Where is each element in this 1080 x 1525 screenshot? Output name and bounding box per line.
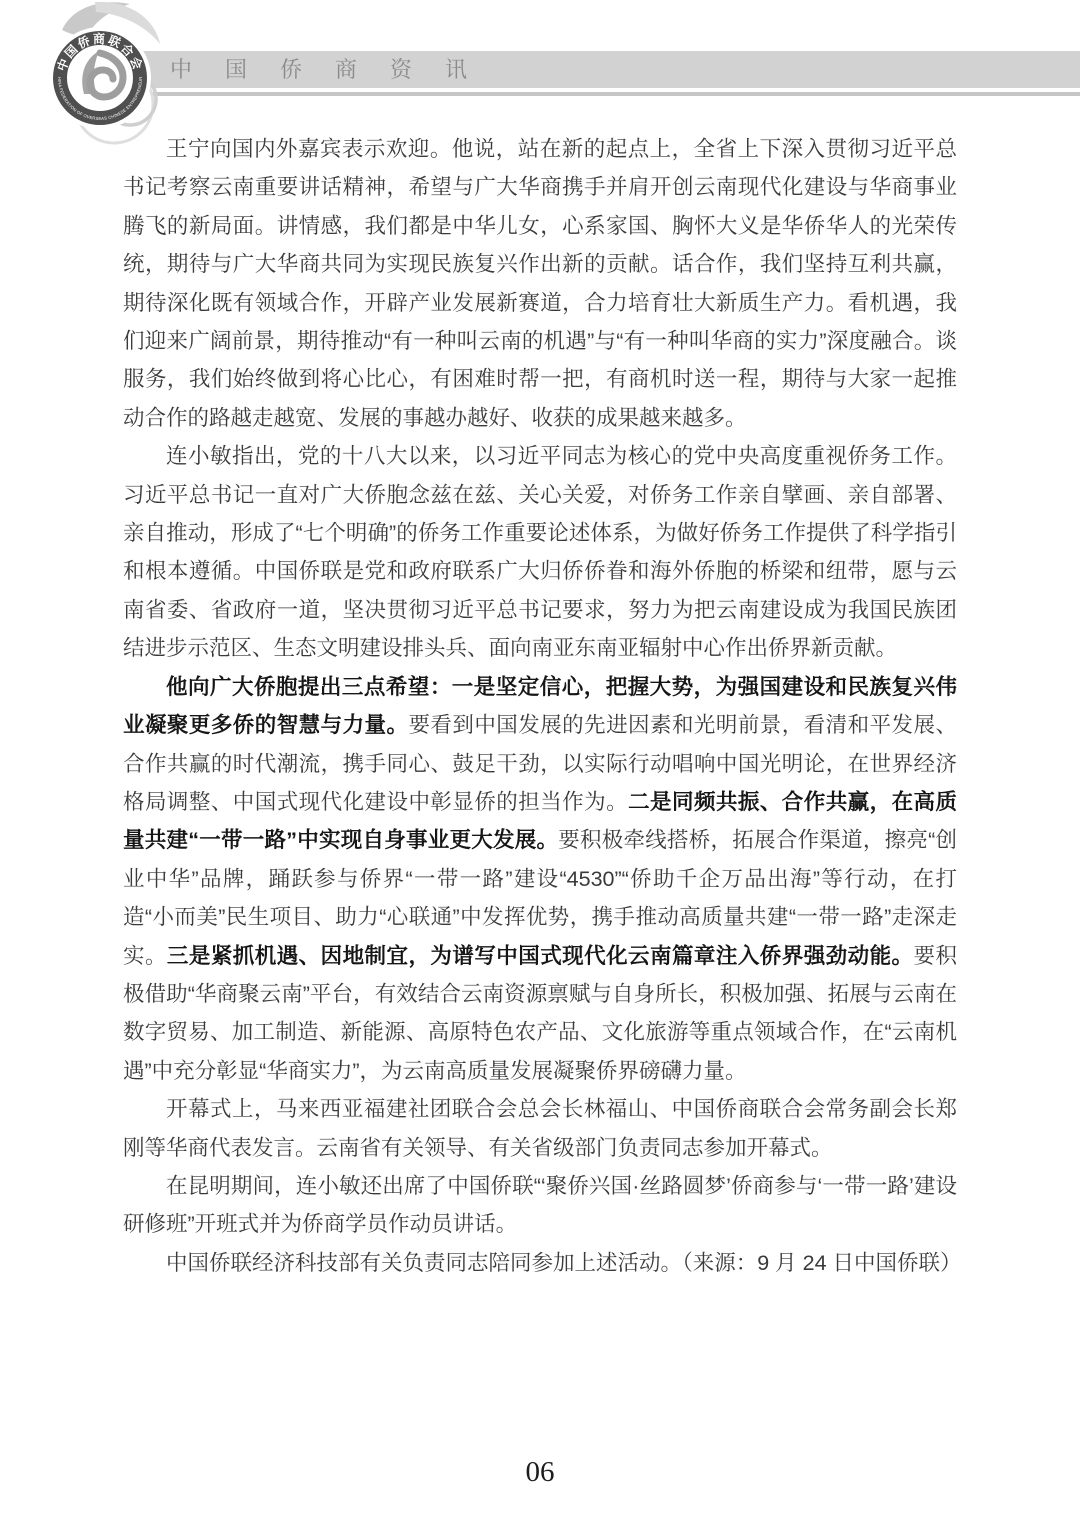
page-number: 06 [0, 1456, 1080, 1489]
paragraph-welcome: 王宁向国内外嘉宾表示欢迎。他说，站在新的起点上，全省上下深入贯彻习近平总书记考察… [123, 130, 957, 437]
header-band-title: 中国侨商资讯 [170, 58, 500, 82]
paragraph-source: 中国侨联经济科技部有关负责同志陪同参加上述活动。（来源：9 月 24 日中国侨联… [123, 1244, 957, 1282]
document-page: 中国侨商资讯 中国侨商联合会 CHINA FEDERATION OF OVERS… [0, 0, 1080, 1525]
header-divider-line [153, 92, 1080, 96]
paragraph-opening-ceremony: 开幕式上，马来西亚福建社团联合会总会长林福山、中国侨商联合会常务副会长郑刚等华商… [123, 1090, 957, 1167]
paragraph-kunming: 在昆明期间，连小敏还出席了中国侨联“‘聚侨兴国·丝路圆梦’侨商参与‘一带一路’建… [123, 1167, 957, 1244]
paragraph-lianxiaomin: 连小敏指出，党的十八大以来，以习近平同志为核心的党中央高度重视侨务工作。习近平总… [123, 437, 957, 667]
article-body: 王宁向国内外嘉宾表示欢迎。他说，站在新的起点上，全省上下深入贯彻习近平总书记考察… [123, 130, 957, 1282]
paragraph-three-hopes: 他向广大侨胞提出三点希望：一是坚定信心，把握大势，为强国建设和民族复兴伟业凝聚更… [123, 668, 957, 1090]
federation-logo-icon: 中国侨商联合会 CHINA FEDERATION OF OVERSEAS CHI… [0, 0, 200, 165]
